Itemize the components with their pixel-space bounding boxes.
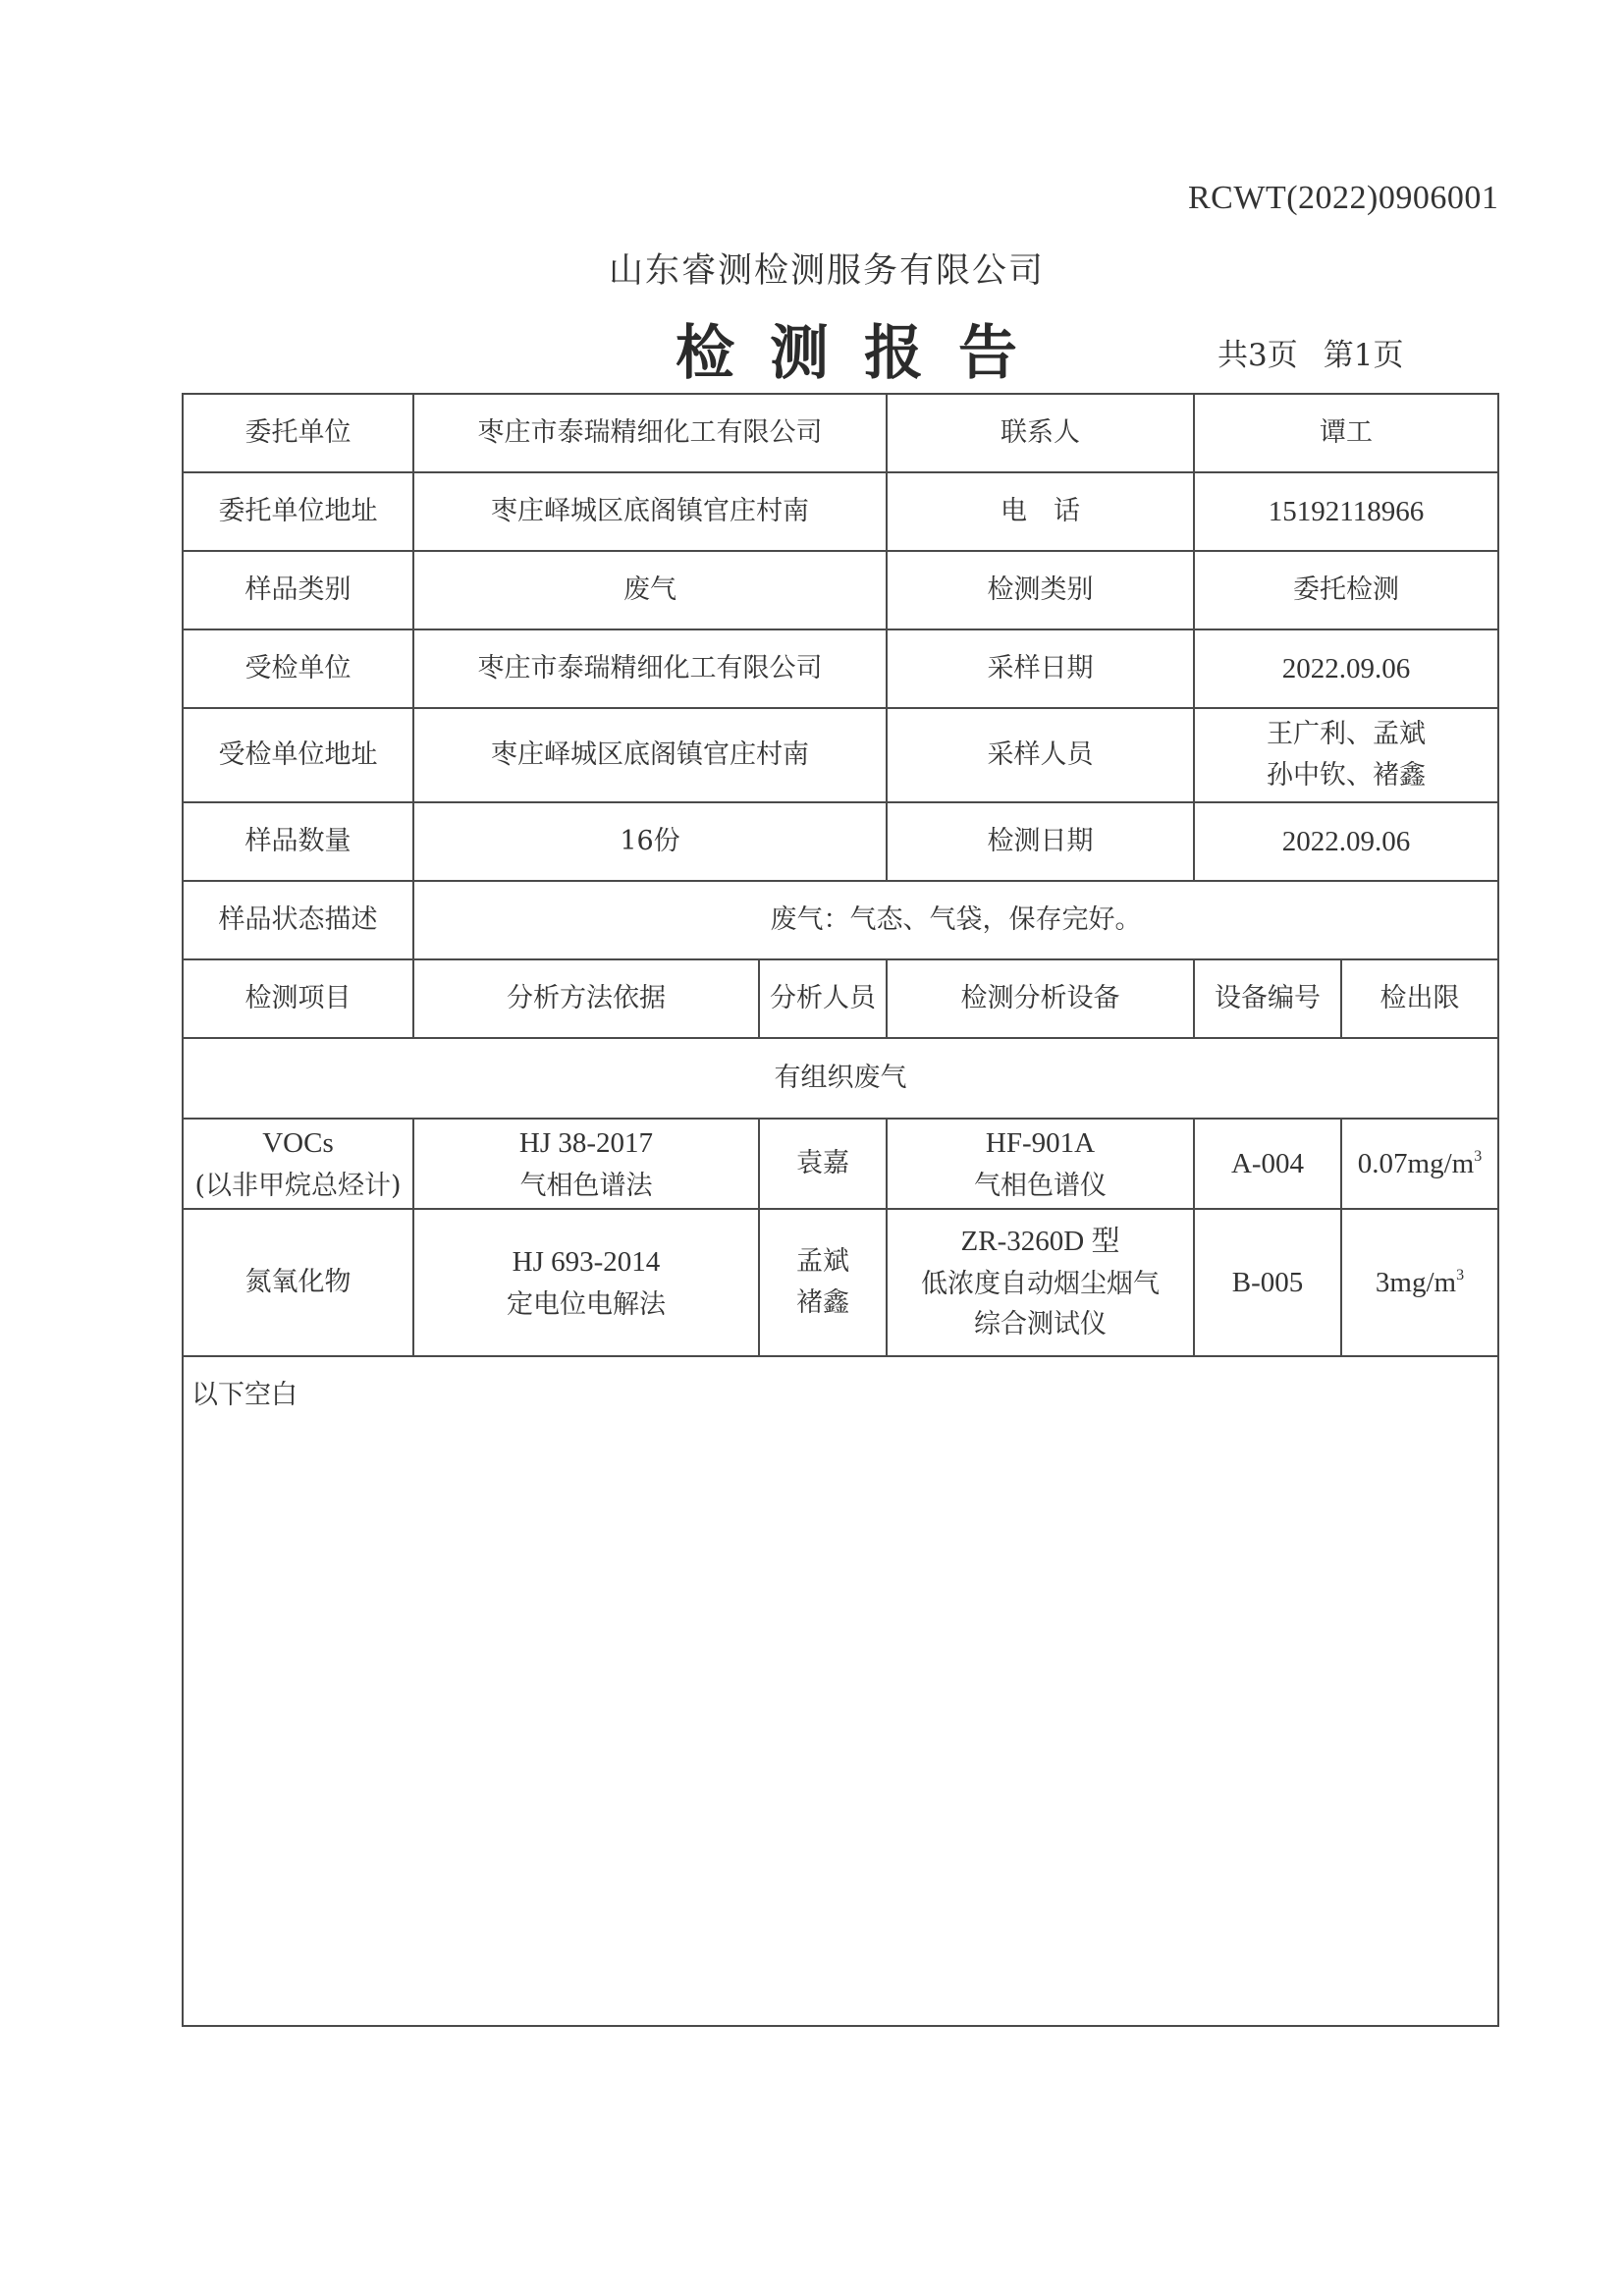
detection-limit: 0.07mg/m3 [1341, 1119, 1498, 1209]
test-type-value: 委托检测 [1194, 551, 1498, 629]
section-row: 有组织废气 [183, 1038, 1498, 1119]
sample-count-value: 16份 [413, 802, 887, 881]
company-name: 山东睿测检测服务有限公司 [609, 244, 1045, 293]
row-inspected-address: 受检单位地址 枣庄峄城区底阁镇官庄村南 采样人员 王广利、孟斌 孙中钦、褚鑫 [183, 708, 1498, 802]
equipment-line-1: HF-901A [892, 1121, 1189, 1166]
sample-type-value: 废气 [413, 551, 887, 629]
equipment-line-3: 综合测试仪 [892, 1304, 1189, 1345]
client-address-label: 委托单位地址 [183, 472, 413, 551]
equipment: ZR-3260D 型 低浓度自动烟尘烟气 综合测试仪 [887, 1209, 1194, 1356]
table-row: 氮氧化物 HJ 693-2014 定电位电解法 孟斌 褚鑫 ZR-3260D 型… [183, 1209, 1498, 1356]
col-header-equipment-no: 设备编号 [1194, 959, 1341, 1038]
sample-count-label: 样品数量 [183, 802, 413, 881]
analyst-line-2: 褚鑫 [764, 1283, 882, 1324]
method-line-2: 定电位电解法 [418, 1285, 754, 1326]
client-address-value: 枣庄峄城区底阁镇官庄村南 [413, 472, 887, 551]
item-name-line-1: VOCs [188, 1121, 408, 1166]
equipment-no: B-005 [1194, 1209, 1341, 1356]
sampling-date-value: 2022.09.06 [1194, 629, 1498, 708]
col-header-method: 分析方法依据 [413, 959, 759, 1038]
test-date-label: 检测日期 [887, 802, 1194, 881]
analyst-line-1: 孟斌 [764, 1241, 882, 1283]
row-client-address: 委托单位地址 枣庄峄城区底阁镇官庄村南 电 话 15192118966 [183, 472, 1498, 551]
report-number: RCWT(2022)0906001 [1188, 180, 1498, 217]
item-name: 氮氧化物 [183, 1209, 413, 1356]
limit-value: 3mg/m [1376, 1267, 1456, 1298]
report-title: 检测报告 [676, 306, 1053, 391]
contact-value: 谭工 [1194, 394, 1498, 472]
samplers-label: 采样人员 [887, 708, 1194, 802]
limit-value: 0.07mg/m [1358, 1148, 1474, 1179]
equipment-no: A-004 [1194, 1119, 1341, 1209]
equipment-line-2: 低浓度自动烟尘烟气 [892, 1264, 1189, 1305]
method-line-1: HJ 693-2014 [418, 1240, 754, 1285]
report-table: 委托单位 枣庄市泰瑞精细化工有限公司 联系人 谭工 委托单位地址 枣庄峄城区底阁… [182, 393, 1499, 2027]
col-header-equipment: 检测分析设备 [887, 959, 1194, 1038]
analyst-line-1: 袁嘉 [764, 1143, 882, 1184]
test-date-value: 2022.09.06 [1194, 802, 1498, 881]
equipment: HF-901A 气相色谱仪 [887, 1119, 1194, 1209]
sample-state-value: 废气：气态、气袋，保存完好。 [413, 881, 1498, 959]
method-line-1: HJ 38-2017 [418, 1121, 754, 1166]
total-pages: 共3页 [1217, 338, 1298, 373]
analyst: 袁嘉 [759, 1119, 887, 1209]
item-name: VOCs (以非甲烷总烃计) [183, 1119, 413, 1209]
method: HJ 693-2014 定电位电解法 [413, 1209, 759, 1356]
phone-label: 电 话 [887, 472, 1194, 551]
sampling-date-label: 采样日期 [887, 629, 1194, 708]
col-header-item: 检测项目 [183, 959, 413, 1038]
page-indicator: 共3页第1页 [1217, 330, 1429, 374]
item-name-line-1: 氮氧化物 [188, 1262, 408, 1303]
current-page: 第1页 [1324, 338, 1404, 373]
limit-superscript: 3 [1456, 1267, 1464, 1284]
contact-label: 联系人 [887, 394, 1194, 472]
col-header-limit: 检出限 [1341, 959, 1498, 1038]
row-sample-count: 样品数量 16份 检测日期 2022.09.06 [183, 802, 1498, 881]
blank-note: 以下空白 [183, 1356, 1498, 2026]
inspected-address-label: 受检单位地址 [183, 708, 413, 802]
sample-state-label: 样品状态描述 [183, 881, 413, 959]
sample-type-label: 样品类别 [183, 551, 413, 629]
method: HJ 38-2017 气相色谱法 [413, 1119, 759, 1209]
row-inspected-unit: 受检单位 枣庄市泰瑞精细化工有限公司 采样日期 2022.09.06 [183, 629, 1498, 708]
client-value: 枣庄市泰瑞精细化工有限公司 [413, 394, 887, 472]
row-sample-type: 样品类别 废气 检测类别 委托检测 [183, 551, 1498, 629]
limit-superscript: 3 [1474, 1148, 1482, 1165]
row-sample-state: 样品状态描述 废气：气态、气袋，保存完好。 [183, 881, 1498, 959]
samplers-value: 王广利、孟斌 孙中钦、褚鑫 [1194, 708, 1498, 802]
test-type-label: 检测类别 [887, 551, 1194, 629]
detection-limit: 3mg/m3 [1341, 1209, 1498, 1356]
table-row: VOCs (以非甲烷总烃计) HJ 38-2017 气相色谱法 袁嘉 HF-90… [183, 1119, 1498, 1209]
samplers-line-1: 王广利、孟斌 [1199, 714, 1493, 755]
inspected-unit-value: 枣庄市泰瑞精细化工有限公司 [413, 629, 887, 708]
items-header-row: 检测项目 分析方法依据 分析人员 检测分析设备 设备编号 检出限 [183, 959, 1498, 1038]
item-name-line-2: (以非甲烷总烃计) [188, 1166, 408, 1207]
inspected-address-value: 枣庄峄城区底阁镇官庄村南 [413, 708, 887, 802]
phone-value: 15192118966 [1194, 472, 1498, 551]
row-client: 委托单位 枣庄市泰瑞精细化工有限公司 联系人 谭工 [183, 394, 1498, 472]
equipment-line-2: 气相色谱仪 [892, 1166, 1189, 1207]
equipment-line-1: ZR-3260D 型 [892, 1220, 1189, 1264]
blank-row: 以下空白 [183, 1356, 1498, 2026]
client-label: 委托单位 [183, 394, 413, 472]
method-line-2: 气相色谱法 [418, 1166, 754, 1207]
col-header-analyst: 分析人员 [759, 959, 887, 1038]
section-title: 有组织废气 [183, 1038, 1498, 1119]
samplers-line-2: 孙中钦、褚鑫 [1199, 755, 1493, 796]
inspected-unit-label: 受检单位 [183, 629, 413, 708]
analyst: 孟斌 褚鑫 [759, 1209, 887, 1356]
